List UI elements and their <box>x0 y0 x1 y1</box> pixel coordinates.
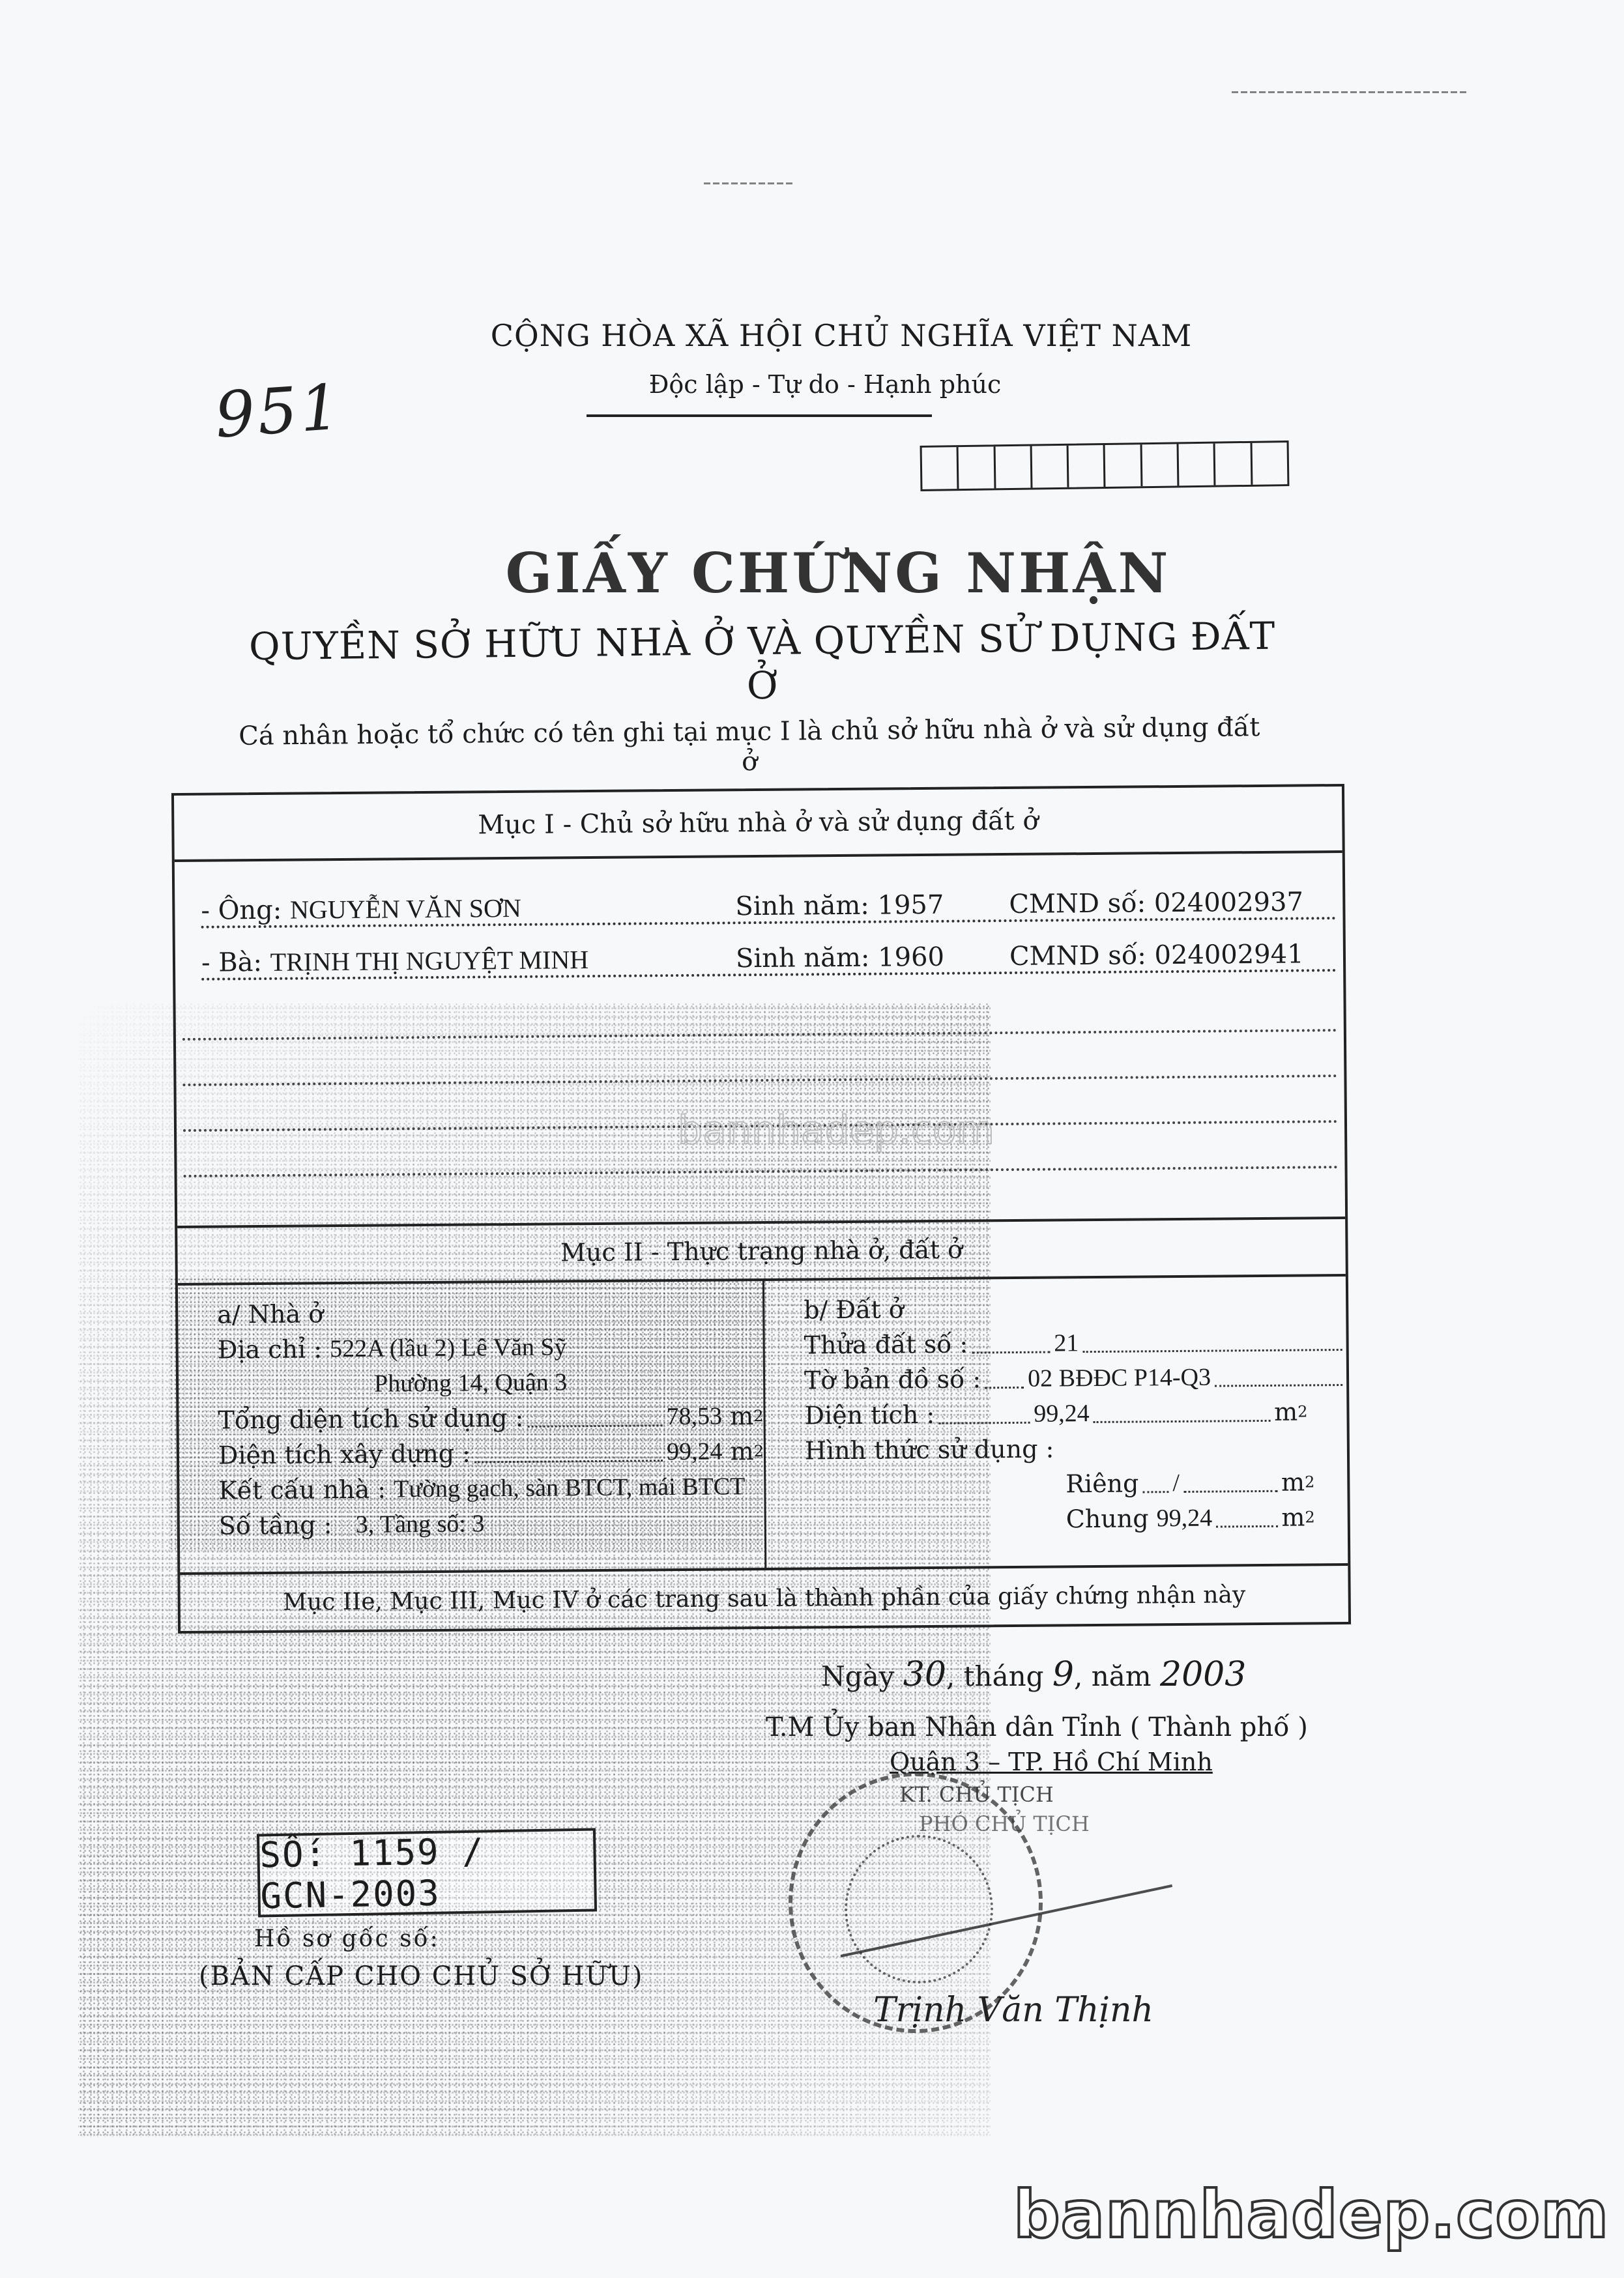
dotted-leader <box>1094 1394 1271 1423</box>
unit-exponent: 2 <box>753 1434 764 1469</box>
dotted-leader <box>1183 1465 1277 1493</box>
dotted-leader <box>527 1399 663 1428</box>
address-label: Địa chỉ : <box>217 1331 322 1367</box>
house-column: a/ Nhà ở Địa chỉ : 522A (lầu 2) Lê Văn S… <box>178 1281 766 1572</box>
dotted-leader <box>972 1326 1050 1354</box>
scan-artifact-line <box>1232 91 1466 93</box>
private-value: / <box>1172 1465 1180 1501</box>
house-address-line: Địa chỉ : 522A (lầu 2) Lê Văn Sỹ <box>217 1328 762 1368</box>
issuing-authority: T.M Ủy ban Nhân dân Tỉnh ( Thành phố ) <box>766 1712 1308 1742</box>
month-label: tháng <box>964 1660 1044 1692</box>
blank-dotted-line <box>182 1073 1337 1086</box>
unit: m <box>730 1434 753 1469</box>
section1-heading: Mục I - Chủ sở hữu nhà ở và sử dụng đất … <box>174 786 1342 862</box>
certificate-intro: Cá nhân hoặc tổ chức có tên ghi tại mục … <box>235 712 1265 781</box>
owner-copy-note: (BẢN CẤP CHO CHỦ SỞ HỮU) <box>199 1961 643 1991</box>
owner-born-year: 1960 <box>878 942 944 973</box>
national-header: CỘNG HÒA XÃ HỘI CHỦ NGHĨA VIỆT NAM <box>0 318 1624 353</box>
total-floor-area-label: Tổng diện tích sử dụng : <box>218 1400 523 1438</box>
unit-exponent: 2 <box>753 1398 764 1434</box>
unit: m <box>730 1398 753 1434</box>
owner-id-cell: CMND số: 024002941 <box>1009 939 1304 972</box>
house-address-line2: Phường 14, Quận 3 <box>218 1363 763 1403</box>
signer-name: Trịnh Văn Thịnh <box>873 1991 1153 2030</box>
built-area-label: Diện tích xây dựng : <box>218 1436 471 1473</box>
private-label: Riêng <box>1066 1465 1138 1501</box>
total-floor-area-line: Tổng diện tích sử dụng : 78,53 m2 <box>218 1398 763 1438</box>
watermark-center: bannhadep.com <box>678 1108 994 1153</box>
born-label: Sinh năm: <box>735 891 869 922</box>
floors-label: Số tầng : <box>219 1507 332 1543</box>
issuing-authority-district: Quận 3 – TP. Hồ Chí Minh <box>890 1748 1213 1776</box>
floors-value: 3, Tầng số: 3 <box>355 1506 484 1542</box>
map-sheet-line: Tờ bản đồ số : 02 BĐĐC P14-Q3 <box>804 1359 1346 1398</box>
watermark-bottom: bannhadep.com <box>1013 2176 1609 2253</box>
usage-line: Hình thức sử dụng : <box>805 1429 1347 1469</box>
year-label: năm <box>1092 1660 1152 1692</box>
private-use-line: Riêng / m2 <box>805 1464 1347 1504</box>
land-column: b/ Đất ở Thửa đất số : 21 Tờ bản đồ số :… <box>764 1276 1348 1568</box>
shared-value: 99,24 <box>1156 1501 1212 1536</box>
owner-name: NGUYỄN VĂN SƠN <box>290 893 521 925</box>
address-value: 522A (lầu 2) Lê Văn Sỹ <box>330 1329 567 1366</box>
id-label: CMND số: <box>1009 940 1146 972</box>
scan-artifact-line <box>704 182 795 184</box>
unit-exponent: 2 <box>1298 1394 1308 1429</box>
floors-line: Số tầng : 3, Tầng số: 3 <box>219 1504 764 1544</box>
shared-use-line: Chung 99,24 m2 <box>805 1499 1348 1539</box>
house-label: a/ Nhà ở <box>217 1293 762 1333</box>
unit-exponent: 2 <box>1305 1464 1315 1499</box>
dotted-leader <box>474 1434 663 1463</box>
certificate-subtitle: QUYỀN SỞ HỮU NHÀ Ở VÀ QUYỀN SỬ DỤNG ĐẤT … <box>240 614 1284 714</box>
owner-prefix: - Ông: <box>201 895 282 926</box>
owner-id-number: 024002937 <box>1154 887 1303 918</box>
structure-value: Tường gạch, sàn BTCT, mái BTCT <box>394 1469 746 1507</box>
registration-number-stamp: SỐ: 1159 / GCN-2003 <box>257 1828 597 1917</box>
section2-heading: Mục II - Thực trạng nhà ở, đất ở <box>177 1217 1346 1286</box>
dotted-leader <box>1082 1323 1342 1353</box>
owner-id-number: 024002941 <box>1154 939 1303 970</box>
national-motto: Độc lập - Tự do - Hạnh phúc <box>0 370 1624 399</box>
dotted-leader <box>1142 1465 1168 1493</box>
plot-line: Thửa đất số : 21 <box>804 1323 1346 1363</box>
owner-row: - Ông: NGUYỄN VĂN SƠN Sinh năm: 1957 CMN… <box>201 878 1336 929</box>
owner-name: TRỊNH THỊ NGUYỆT MINH <box>270 945 588 977</box>
structure-label: Kết cấu nhà : <box>218 1472 386 1508</box>
total-floor-area-value: 78,53 <box>666 1398 722 1434</box>
blank-dotted-line <box>182 1028 1337 1041</box>
blank-dotted-line <box>184 1164 1339 1177</box>
unit-exponent: 2 <box>1305 1499 1315 1535</box>
serial-number-cells <box>920 440 1290 491</box>
built-area-line: Diện tích xây dựng : 99,24 m2 <box>218 1434 764 1473</box>
year-value: 2003 <box>1160 1655 1246 1694</box>
owner-born-year: 1957 <box>877 890 944 921</box>
month-value: 9 <box>1052 1655 1074 1694</box>
land-area-label: Diện tích : <box>804 1397 935 1434</box>
unit: m <box>1281 1499 1305 1535</box>
unit: m <box>1281 1464 1305 1499</box>
map-sheet-value: 02 BĐĐC P14-Q3 <box>1028 1360 1211 1396</box>
land-area-value: 99,24 <box>1034 1396 1090 1432</box>
owner-row: - Bà: TRỊNH THỊ NGUYỆT MINH Sinh năm: 19… <box>201 930 1337 981</box>
map-sheet-label: Tờ bản đồ số : <box>804 1361 981 1398</box>
dotted-leader <box>1215 1359 1342 1387</box>
shared-label: Chung <box>1066 1501 1149 1536</box>
born-label: Sinh năm: <box>736 943 870 974</box>
land-label: b/ Đất ở <box>804 1288 1346 1328</box>
owner-born-cell: Sinh năm: 1960 <box>736 942 1009 973</box>
day-label: Ngày <box>821 1660 894 1692</box>
owner-prefix: - Bà: <box>201 947 262 978</box>
land-area-line: Diện tích : 99,24 m2 <box>804 1394 1346 1434</box>
dotted-leader <box>1216 1500 1278 1528</box>
dotted-leader <box>938 1396 1030 1424</box>
owner-name-cell: - Ông: NGUYỄN VĂN SƠN <box>201 891 735 925</box>
motto-underline <box>587 414 932 417</box>
plot-label: Thửa đất số : <box>804 1327 968 1363</box>
original-file-number: Hồ sơ gốc số: <box>254 1925 440 1952</box>
owner-id-cell: CMND số: 024002937 <box>1009 887 1303 919</box>
address-value-line2: Phường 14, Quận 3 <box>374 1364 568 1401</box>
built-area-value: 99,24 <box>667 1434 723 1469</box>
plot-value: 21 <box>1054 1325 1079 1361</box>
section2-footer-note: Mục IIe, Mục III, Mục IV ở các trang sau… <box>180 1563 1348 1631</box>
structure-line: Kết cấu nhà : Tường gạch, sàn BTCT, mái … <box>218 1469 764 1508</box>
section2-body: a/ Nhà ở Địa chỉ : 522A (lầu 2) Lê Văn S… <box>178 1276 1348 1572</box>
unit: m <box>1274 1394 1298 1430</box>
id-label: CMND số: <box>1009 888 1146 919</box>
certificate-title: GIẤY CHỨNG NHẬN <box>0 541 1624 605</box>
issue-date: Ngày 30, tháng 9, năm 2003 <box>821 1655 1246 1694</box>
owner-born-cell: Sinh năm: 1957 <box>735 889 1009 921</box>
day-value: 30 <box>903 1655 946 1694</box>
dotted-leader <box>985 1361 1024 1389</box>
owner-name-cell: - Bà: TRỊNH THỊ NGUYỆT MINH <box>201 943 736 977</box>
certificate-frame: Mục I - Chủ sở hữu nhà ở và sử dụng đất … <box>171 784 1351 1634</box>
